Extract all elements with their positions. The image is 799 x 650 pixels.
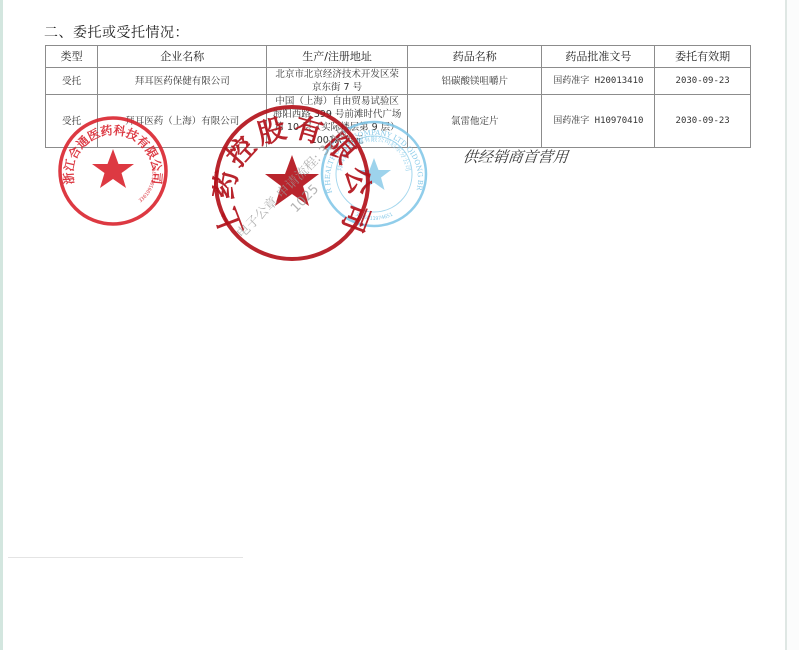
star-icon: [357, 158, 391, 190]
cell-type: 受托: [46, 95, 98, 148]
scan-margin-right: [787, 0, 799, 650]
svg-text:3206811974651: 3206811974651: [354, 212, 394, 222]
table-row: 受托 拜耳医药保健有限公司 北京市北京经济技术开发区荣京东街 7 号 铝碳酸镁咀…: [46, 68, 751, 95]
star-icon: [92, 149, 134, 188]
entrust-table: 类型 企业名称 生产/注册地址 药品名称 药品批准文号 委托有效期 受托 拜耳医…: [45, 45, 751, 148]
cell-drug: 氯雷他定片: [407, 95, 541, 148]
svg-text:33010910113790: 33010910113790: [138, 165, 158, 204]
seal-left-code: 33010910113790: [138, 165, 158, 204]
cell-address: 北京市北京经济技术开发区荣京东街 7 号: [267, 68, 408, 95]
handwritten-note: 供经销商首营用: [462, 146, 569, 167]
table-row: 受托 拜耳医药（上海）有限公司 中国（上海）自由贸易试验区海阳西路 399 号前…: [46, 95, 751, 148]
cell-type: 受托: [46, 68, 98, 95]
scan-edge-left: [0, 0, 3, 650]
header-validity: 委托有效期: [655, 46, 751, 68]
header-company: 企业名称: [98, 46, 267, 68]
cell-address: 中国（上海）自由贸易试验区海阳西路 399 号前滩时代广场第 10 层（实际楼层…: [267, 95, 408, 148]
table-header-row: 类型 企业名称 生产/注册地址 药品名称 药品批准文号 委托有效期: [46, 46, 751, 68]
cell-validity: 2030-09-23: [655, 95, 751, 148]
cell-company: 拜耳医药保健有限公司: [98, 68, 267, 95]
watermark-line2: 1025: [288, 182, 322, 216]
cell-drug: 铝碳酸镁咀嚼片: [407, 68, 541, 95]
header-drug: 药品名称: [407, 46, 541, 68]
cell-approval: 国药准字 H10970410: [542, 95, 655, 148]
seal-blue-code: 3206811974651: [354, 212, 394, 222]
scan-artifact-line: [8, 557, 243, 558]
section-title: 二、委托或受托情况：: [44, 22, 189, 42]
cell-company: 拜耳医药（上海）有限公司: [98, 95, 267, 148]
cell-validity: 2030-09-23: [655, 68, 751, 95]
header-address: 生产/注册地址: [267, 46, 408, 68]
header-type: 类型: [46, 46, 98, 68]
cell-approval: 国药准字 H20013410: [542, 68, 655, 95]
header-approval: 药品批准文号: [542, 46, 655, 68]
star-icon: [265, 155, 319, 206]
